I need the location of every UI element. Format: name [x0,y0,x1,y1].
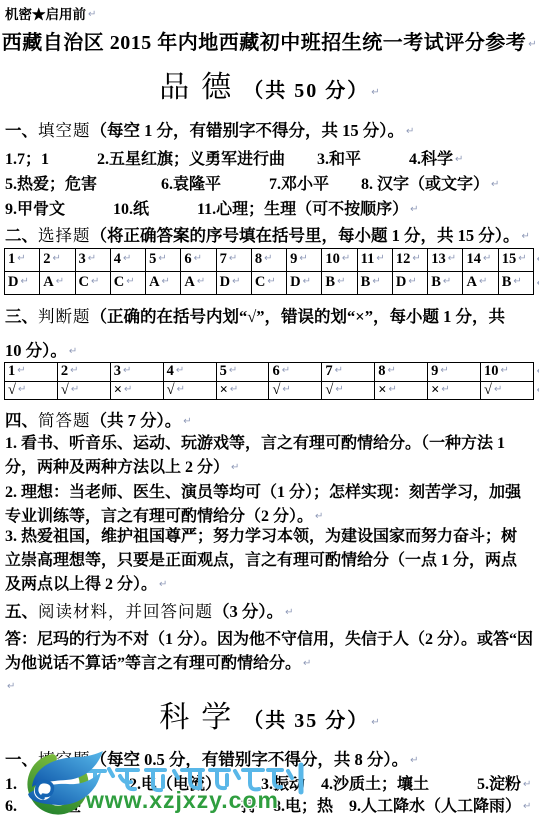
cell-value: √ [61,382,69,398]
table-cell: 12 [392,249,427,272]
return-mark-icon [181,411,191,431]
cell-value: 1 [8,251,15,267]
return-mark-icon [68,363,78,380]
return-mark-icon [404,121,414,141]
table-cell: C [110,272,145,295]
cell-value: 10 [325,251,340,267]
section-desc: （将正确答案的序号填在括号里，每小题 1 分，共 15 分）。 [91,226,520,245]
section-name: 选择题 [38,226,91,245]
answer-line-text: 5.热爱；危害 6.袁隆平 7.邓小平 8. 汉字（或文字） [5,176,489,193]
answer-line: 1.7；1 2.五星红旗；义勇军进行曲 3.和平 4.科学 [5,149,463,171]
return-mark-icon [228,382,238,399]
return-mark-icon [283,602,293,622]
return-mark-icon [174,363,184,380]
table-cell: × [216,381,269,400]
return-mark-icon [408,750,418,770]
return-mark-icon [195,272,205,293]
return-mark-icon [340,249,350,270]
cell-value: 8 [255,251,262,267]
cell-value: C [114,274,124,290]
return-mark-icon [227,363,237,380]
cell-value: B [325,274,335,290]
cell-value: × [431,382,439,398]
pinde-score: （共 50 分） [243,80,369,102]
return-mark-icon [124,272,134,293]
cell-value: 6 [272,363,279,379]
table-cell: 13 [428,249,463,272]
answer-line-text: 9.甲骨文 10.纸 11.心理；生理（可不按顺序） [5,201,408,218]
table-cell: 9 [428,363,481,382]
cell-value: √ [167,382,175,398]
short-answer-line: 专业训练等，言之有理可酌情给分（2 分）。 [5,506,323,528]
return-mark-icon [122,382,132,399]
return-mark-icon [280,382,290,399]
pinde-reading-header: 五、阅读材料，并回答问题（3 分）。 [5,598,294,622]
section-number: 四、 [5,411,38,430]
return-mark-icon [535,251,539,269]
cell-value: 1 [8,363,15,379]
answer-line-text: 分，两种及两种方法以上 2 分） [5,459,229,476]
cell-value: 5 [220,363,227,379]
table-cell: 9 [287,249,322,272]
pinde-section-heading: 品德（共 50 分） [0,62,539,106]
return-mark-icon [387,382,397,399]
judge-answer-table: 1 2 3 4 5 6 7 8 9 10 √ √ × √ × √ √ × × [4,362,534,400]
return-mark-icon [18,272,28,293]
table-cell: 10 [322,249,357,272]
judge-answer-table-wrap: 1 2 3 4 5 6 7 8 9 10 √ √ × √ × √ √ × × [4,362,536,400]
return-mark-icon [369,714,379,732]
return-mark-icon [121,249,131,270]
short-answer-line: 及两点以上得 2 分）。 [5,574,167,596]
return-mark-icon [438,363,448,380]
table-cell: A [181,272,216,295]
watermark-url: www.xzjxzy.com [86,788,279,813]
return-mark-icon [265,272,275,293]
section-desc: （共 7 分）。 [91,411,182,430]
cell-value: D [8,274,18,290]
table-row: 1 2 3 4 5 6 7 8 9 10 [5,363,534,382]
return-mark-icon [492,382,502,399]
cell-value: A [43,274,53,290]
page-title-text: 西藏自治区 2015 年内地西藏初中班招生统一考试评分参考 [2,32,527,54]
table-cell: 8 [251,249,286,272]
cell-value: B [361,274,371,290]
return-mark-icon [410,249,420,270]
return-mark-icon [51,249,61,270]
answer-line-text: 2. 理想：当老师、医生、演员等均可（1 分）；怎样实现：刻苦学习，加强 [5,484,521,501]
return-mark-icon [67,341,77,361]
kexue-title: 科学 [159,701,243,734]
table-cell: 6 [269,363,322,382]
cell-value: 2 [61,363,68,379]
return-mark-icon [229,457,239,479]
short-answer-line: 1. 看书、听音乐、运动、玩游戏等，言之有理可酌情给分。（一种方法 1 [5,433,505,455]
section-desc: （正确的在括号内划“√”，错误的划“×”，每小题 1 分，共 [91,307,505,326]
table-cell: A [463,272,498,295]
classification-label: 机密★启用前 [5,3,96,23]
return-mark-icon [374,249,384,270]
cell-value: 8 [378,363,385,379]
pinde-fill-header: 一、填空题（每空 1 分，有错别字不得分，共 15 分）。 [5,117,414,141]
return-mark-icon [489,174,499,196]
return-mark-icon [227,249,237,270]
cell-value: × [220,382,228,398]
return-mark-icon [86,7,96,23]
answer-line-text: 为他说话不算话”等言之有理可酌情给分。 [5,655,301,672]
return-mark-icon [453,149,463,171]
section-number: 一、 [5,121,38,140]
cell-value: A [466,274,476,290]
return-mark-icon [297,249,307,270]
table-cell: √ [481,381,534,400]
cell-value: 14 [466,251,481,267]
table-cell: 6 [181,249,216,272]
cell-value: C [79,274,89,290]
section-number: 二、 [5,226,38,245]
watermark-logo [12,749,108,816]
table-cell: B [357,272,392,295]
return-mark-icon [499,363,509,380]
return-mark-icon [192,249,202,270]
return-mark-icon [86,249,96,270]
table-cell: 7 [216,249,251,272]
return-mark-icon [385,363,395,380]
table-cell: 1 [5,363,58,382]
table-cell: 1 [5,249,40,272]
cell-value: 11 [361,251,375,267]
return-mark-icon [69,382,79,399]
return-mark-icon [481,249,491,270]
return-mark-icon [446,249,456,270]
return-mark-icon [441,272,451,293]
table-cell: B [428,272,463,295]
cell-value: √ [484,382,492,398]
table-cell: 14 [463,249,498,272]
return-mark-icon [333,382,343,399]
table-cell: √ [163,381,216,400]
cell-value: C [255,274,265,290]
cell-value: 15 [502,251,517,267]
table-cell: 2 [57,363,110,382]
cell-value: A [149,274,159,290]
kexue-score: （共 35 分） [243,710,369,732]
return-mark-icon [535,363,539,381]
answer-line: 9.甲骨文 10.纸 11.心理；生理（可不按顺序） [5,199,419,221]
cell-value: B [502,274,512,290]
table-cell: 5 [216,363,269,382]
return-mark-icon [406,272,416,293]
return-mark-icon [526,32,537,55]
cell-value: × [378,382,386,398]
return-mark-icon [535,275,539,293]
table-cell: 5 [146,249,181,272]
table-cell: B [322,272,357,295]
pinde-judge-header-line2: 10 分）。 [5,337,77,361]
cell-value: 3 [79,251,86,267]
short-answer-line: 3. 热爱祖国，维护祖国尊严；努力学习本领，为建设国家而努力奋斗；树 [5,526,517,548]
cell-value: 2 [43,251,50,267]
section-name: 填空题 [38,121,91,140]
cell-value: 7 [325,363,332,379]
cell-value: D [396,274,406,290]
answer-line-text: 立崇高理想等，只要是正面观点，言之有理可酌情给分（一点 1 分，两点 [5,552,517,569]
return-mark-icon [516,249,526,270]
return-mark-icon [511,272,521,293]
cell-value: × [114,382,122,398]
return-mark-icon [535,382,539,400]
return-mark-icon [439,382,449,399]
section-name: 判断题 [38,307,91,326]
pinde-choice-header: 二、选择题（将正确答案的序号填在括号里，每小题 1 分，共 15 分）。 [5,222,530,246]
table-cell: √ [5,381,58,400]
return-mark-icon [520,226,530,246]
return-mark-icon [230,272,240,293]
section-number: 五、 [5,602,38,621]
answer-line-text: 1.7；1 2.五星红旗；义勇军进行曲 3.和平 4.科学 [5,151,453,168]
reading-answer-line: 为他说话不算话”等言之有理可酌情给分。 [5,653,311,675]
table-row: √ √ × √ × √ √ × × √ [5,381,534,400]
section-desc: （每空 1 分，有错别字不得分，共 15 分）。 [91,121,405,140]
cell-value: D [290,274,300,290]
table-cell: √ [269,381,322,400]
table-row: 1 2 3 4 5 6 7 8 9 10 11 12 13 14 15 [5,249,534,272]
table-cell: 3 [110,363,163,382]
cell-value: √ [8,382,16,398]
short-answer-line: 立崇高理想等，只要是正面观点，言之有理可酌情给分（一点 1 分，两点 [5,550,517,572]
table-cell: 2 [40,249,75,272]
table-cell: D [392,272,427,295]
return-mark-icon [477,272,487,293]
table-cell: 3 [75,249,110,272]
table-cell: 7 [322,363,375,382]
return-mark-icon [408,199,418,221]
answer-line-text: 3. 热爱祖国，维护祖国尊严；努力学习本领，为建设国家而努力奋斗；树 [5,528,517,545]
return-mark-icon [156,249,166,270]
return-mark-icon [262,249,272,270]
cell-value: 10 [484,363,499,379]
table-cell: 15 [498,249,533,272]
cell-value: 13 [431,251,446,267]
table-cell: 8 [375,363,428,382]
section-name: 简答题 [38,411,91,430]
return-mark-icon [16,382,26,399]
cell-value: B [431,274,441,290]
table-cell: A [40,272,75,295]
cell-value: A [184,274,194,290]
table-cell: × [375,381,428,400]
table-cell: 4 [163,363,216,382]
choice-answer-table: 1 2 3 4 5 6 7 8 9 10 11 12 13 14 15 D A … [4,248,534,295]
table-cell: C [75,272,110,295]
answer-line: 5.热爱；危害 6.袁隆平 7.邓小平 8. 汉字（或文字） [5,174,499,196]
choice-answer-table-wrap: 1 2 3 4 5 6 7 8 9 10 11 12 13 14 15 D A … [4,248,536,295]
reading-answer-line: 答：尼玛的行为不对（1 分）。因为他不守信用，失信于人（2 分）。或答“因 [5,629,533,651]
section-name: 阅读材料，并回答问题 [38,602,213,621]
table-cell: D [216,272,251,295]
return-mark-icon [369,84,379,102]
answer-line-text: 及两点以上得 2 分）。 [5,576,157,593]
cell-value: 4 [167,363,174,379]
return-mark-icon [280,363,290,380]
short-answer-line: 2. 理想：当老师、医生、演员等均可（1 分）；怎样实现：刻苦学习，加强 [5,482,521,504]
table-cell: B [498,272,533,295]
table-cell: D [287,272,322,295]
table-cell: × [428,381,481,400]
table-row: D A C C A A D C D B B D B A B [5,272,534,295]
return-mark-icon [121,363,131,380]
cell-value: 6 [184,251,191,267]
return-mark-icon [301,272,311,293]
return-mark-icon [521,774,531,796]
return-mark-icon [521,796,531,816]
page-title: 西藏自治区 2015 年内地西藏初中班招生统一考试评分参考 [0,26,539,55]
kexue-section-heading: 科学（共 35 分） [0,692,539,736]
return-mark-icon [333,363,343,380]
table-cell: C [251,272,286,295]
section-number: 三、 [5,307,38,326]
cell-value: 5 [149,251,156,267]
pinde-title: 品德 [159,71,243,104]
table-cell: × [110,381,163,400]
table-cell: 11 [357,249,392,272]
answer-line-text: 答：尼玛的行为不对（1 分）。因为他不守信用，失信于人（2 分）。或答“因 [5,631,533,648]
return-mark-icon [54,272,64,293]
short-answer-line: 分，两种及两种方法以上 2 分） [5,457,239,479]
cell-value: √ [325,382,333,398]
section-desc: 10 分）。 [5,341,67,360]
return-mark-icon [89,272,99,293]
table-cell: A [146,272,181,295]
answer-line-text: 1. 看书、听音乐、运动、玩游戏等，言之有理可酌情给分。（一种方法 1 [5,435,505,452]
return-mark-icon [301,653,311,675]
classification-text: 机密★启用前 [5,7,86,22]
return-mark-icon [335,272,345,293]
table-cell: 4 [110,249,145,272]
return-mark-icon [370,272,380,293]
answer-line-text: 专业训练等，言之有理可酌情给分（2 分）。 [5,508,313,525]
cell-value: 3 [114,363,121,379]
return-mark-icon [157,574,167,596]
cell-value: D [220,274,230,290]
return-mark-icon [175,382,185,399]
cell-value: √ [272,382,280,398]
table-cell: D [5,272,40,295]
table-cell: √ [57,381,110,400]
return-mark-icon [160,272,170,293]
return-mark-icon [15,363,25,380]
table-cell: 10 [481,363,534,382]
return-mark-icon [313,506,323,528]
cell-value: 4 [114,251,121,267]
table-cell: √ [322,381,375,400]
cell-value: 9 [431,363,438,379]
pinde-judge-header-line1: 三、判断题（正确的在括号内划“√”，错误的划“×”，每小题 1 分，共 [5,303,505,327]
return-mark-icon [15,249,25,270]
cell-value: 12 [396,251,411,267]
cell-value: 7 [220,251,227,267]
section-desc: （3 分）。 [213,602,283,621]
document-page: 机密★启用前 西藏自治区 2015 年内地西藏初中班招生统一考试评分参考 品德（… [0,0,539,816]
cell-value: 9 [290,251,297,267]
pinde-short-header: 四、简答题（共 7 分）。 [5,407,192,431]
